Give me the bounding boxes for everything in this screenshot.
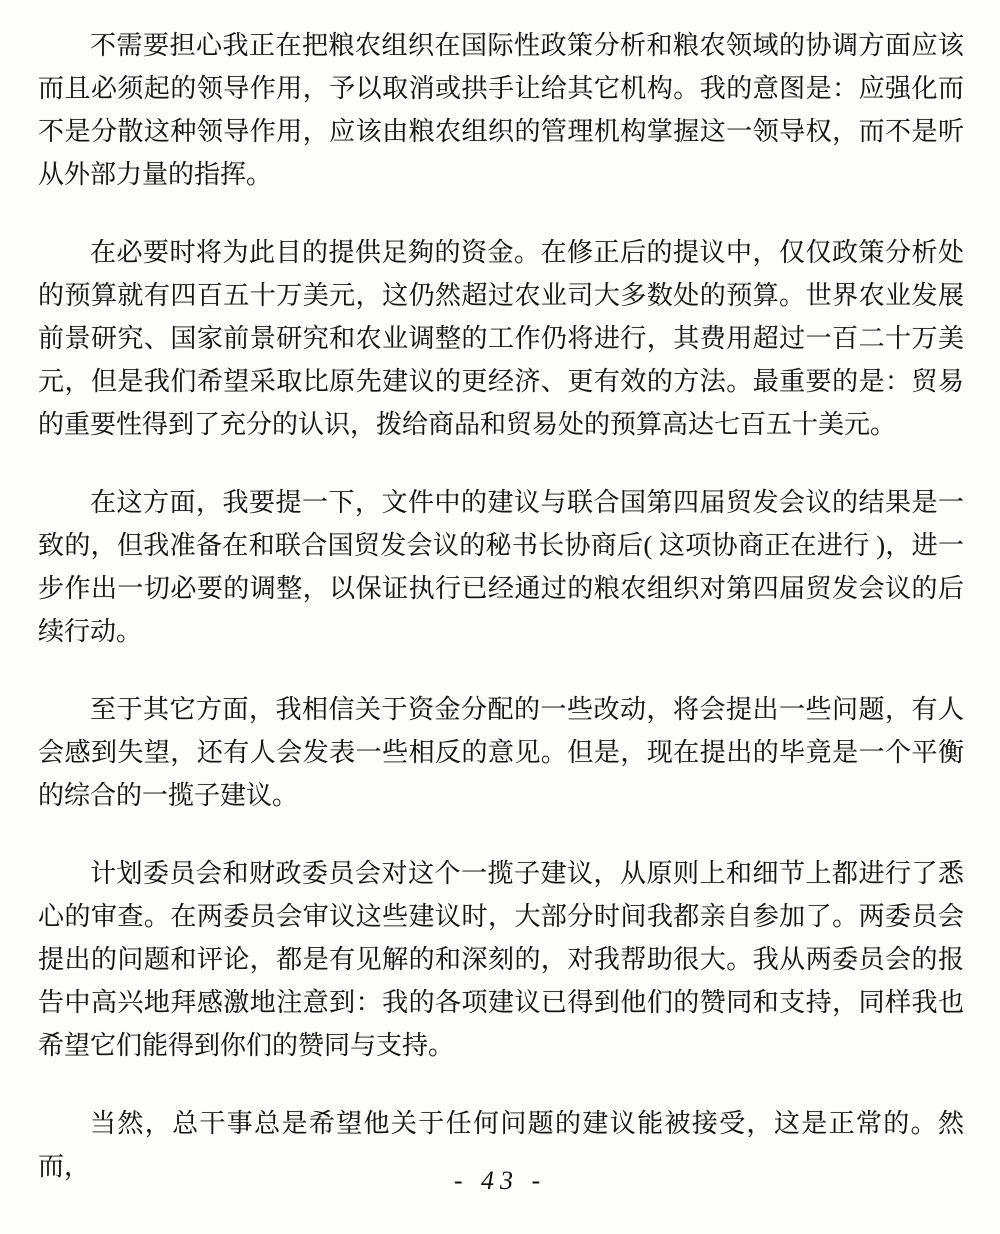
paragraph: 不需要担心我正在把粮农组织在国际性政策分析和粮农领域的协调方面应该而且必须起的领…: [38, 24, 964, 196]
paragraph: 计划委员会和财政委员会对这个一揽子建议，从原则上和细节上都进行了悉心的审查。在两…: [38, 852, 964, 1067]
paragraph: 在这方面，我要提一下，文件中的建议与联合国第四届贸发会议的结果是一致的，但我准备…: [38, 481, 964, 653]
paragraph: 至于其它方面，我相信关于资金分配的一些改动，将会提出一些问题，有人会感到失望，还…: [38, 688, 964, 817]
document-page: 不需要担心我正在把粮农组织在国际性政策分析和粮农领域的协调方面应该而且必须起的领…: [0, 0, 1000, 1234]
page-number: - 43 -: [0, 1166, 1000, 1196]
paragraph: 在必要时将为此目的提供足夠的资金。在修正后的提议中，仅仅政策分析处的预算就有四百…: [38, 231, 964, 446]
document-content: 不需要担心我正在把粮农组织在国际性政策分析和粮农领域的协调方面应该而且必须起的领…: [38, 24, 964, 1188]
